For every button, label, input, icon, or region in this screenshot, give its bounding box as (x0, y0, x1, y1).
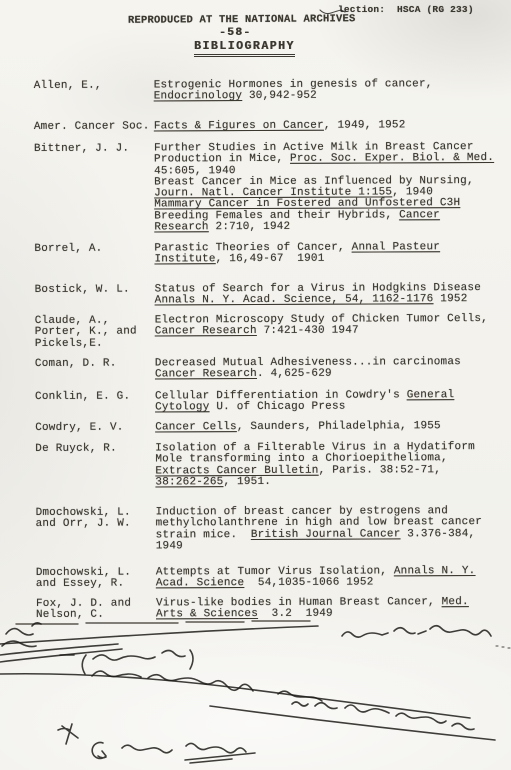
entry-author: Cowdry, E. V. (35, 422, 155, 434)
entry-author: Amer. Cancer Soc. (34, 121, 154, 133)
bibliography-entry: Dmochowski, L.and Orr, J. W.Induction of… (36, 506, 483, 553)
bibliography-entry: Bostick, W. L.Status of Search for a Vir… (35, 283, 482, 308)
citation-text: 3.2 1949 (258, 608, 333, 620)
citation-journal-underlined: British Journal Cancer (251, 528, 401, 541)
citation-text: , Saunders, Philadelphia, 1955 (237, 420, 441, 433)
entry-citation: Virus-like bodies in Human Breast Cancer… (156, 597, 469, 621)
citation-journal-underlined: Annal Pasteur (352, 241, 440, 253)
citation-journal-underlined: Institute (154, 253, 215, 265)
bibliography-entries: Allen, E.,Estrogenic Hormones in genesis… (0, 0, 511, 770)
citation-journal-underlined: Endocrinology (154, 90, 242, 102)
citation-journal-underlined: General (407, 389, 455, 401)
citation-text: . 4,625-629 (257, 368, 332, 380)
citation-text: 1952 (433, 293, 467, 305)
entry-citation: Status of Search for a Virus in Hodgkins… (155, 283, 482, 307)
bibliography-entry: Cowdry, E. V.Cancer Cells, Saunders, Phi… (35, 421, 441, 434)
entry-author: De Ruyck, R. (35, 443, 155, 489)
citation-text: , 16,49-67 1901 (216, 253, 325, 265)
entry-citation: Further Studies in Active Milk in Breast… (154, 142, 494, 234)
citation-journal-underlined: Research (154, 221, 208, 233)
citation-journal-underlined: Annals N. Y. Acad. Science, 54, 1162-117… (155, 294, 434, 307)
entry-citation: Cancer Cells, Saunders, Philadelphia, 19… (155, 421, 441, 434)
citation-journal-underlined: Cancer Research (155, 325, 257, 337)
citation-text: , 1949, 1952 (324, 119, 406, 131)
entry-citation: Induction of breast cancer by estrogens … (156, 506, 483, 553)
entry-citation: Cellular Differentiation in Cowdry's Gen… (155, 390, 454, 414)
citation-text: 2:710, 1942 (209, 221, 291, 233)
citation-journal-underlined: Annals N. Y. (394, 565, 476, 577)
entry-citation: Parastic Theories of Cancer, Annal Paste… (154, 242, 440, 266)
bibliography-entry: Conklin, E. G.Cellular Differentiation i… (35, 390, 454, 414)
citation-text: , 1951. (223, 476, 271, 488)
citation-journal-underlined: 38:262-265 (155, 476, 223, 488)
bibliography-entry: Bittner, J. J.Further Studies in Active … (34, 142, 494, 234)
citation-journal-underlined: Cancer Research (155, 368, 257, 380)
entry-citation: Electron Microscopy Study of Chicken Tum… (155, 314, 488, 349)
entry-author: Dmochowski, L.and Orr, J. W. (36, 507, 156, 553)
bibliography-entry: Borrel, A.Parastic Theories of Cancer, A… (34, 242, 440, 266)
entry-author: Allen, E., (34, 80, 154, 103)
entry-citation: Attempts at Tumor Virus Isolation, Annal… (156, 566, 476, 590)
citation-journal-underlined: Cancer (399, 209, 440, 221)
bibliography-entry: Allen, E.,Estrogenic Hormones in genesis… (34, 79, 433, 103)
bibliography-entry: De Ruyck, R.Isolation of a Filterable Vi… (35, 442, 475, 489)
citation-journal-underlined: Cytology (155, 401, 209, 413)
citation-text: , Paris. 38:52-71, (319, 464, 441, 477)
entry-author: Conklin, E. G. (35, 391, 155, 414)
entry-author: Borrel, A. (34, 243, 154, 266)
entry-author: Fox, J. D. andNelson, C. (36, 598, 156, 621)
bibliography-entry: Claude, A.,Porter, K., andPickels,E.Elec… (35, 314, 488, 350)
bibliography-entry: Amer. Cancer Soc.Facts & Figures on Canc… (34, 120, 406, 133)
citation-text: 1949 (156, 540, 183, 552)
entry-author: Bittner, J. J. (34, 143, 154, 234)
citation-journal-underlined: Med. (442, 596, 469, 608)
citation-journal-underlined: Proc. Soc. Exper. Biol. & Med. (290, 152, 494, 165)
citation-text: 54,1035-1066 1952 (244, 577, 373, 590)
entry-author: Dmochowski, L.and Essey, R. (36, 567, 156, 590)
scanned-document-page: lection: HSCA (RG 233) REPRODUCED AT THE… (0, 0, 511, 770)
entry-citation: Facts & Figures on Cancer, 1949, 1952 (154, 120, 406, 132)
bibliography-entry: Fox, J. D. andNelson, C.Virus-like bodie… (36, 597, 469, 621)
entry-author: Coman, D. R. (35, 358, 155, 381)
entry-author: Bostick, W. L. (35, 284, 155, 307)
citation-journal-underlined: Acad. Science (156, 577, 244, 589)
citation-text: 7:421-430 1947 (257, 325, 359, 337)
citation-text: 3.376-384, (400, 528, 475, 540)
entry-citation: Isolation of a Filterable Virus in a Hyd… (155, 442, 475, 489)
bibliography-entry: Coman, D. R.Decreased Mutual Adhesivenes… (35, 357, 461, 381)
citation-journal-underlined: Arts & Sciences (156, 608, 258, 620)
entry-citation: Decreased Mutual Adhesiveness...in carci… (155, 357, 461, 381)
citation-text: 30,942-952 (242, 90, 317, 102)
citation-text: U. of Chicago Press (209, 401, 345, 414)
entry-citation: Estrogenic Hormones in genesis of cancer… (154, 79, 433, 103)
entry-author: Claude, A.,Porter, K., andPickels,E. (35, 315, 155, 349)
bibliography-entry: Dmochowski, L.and Essey, R.Attempts at T… (36, 566, 476, 591)
citation-journal-underlined: Cancer Cells (155, 421, 237, 433)
citation-text: strain mice. (156, 529, 251, 541)
citation-journal-underlined: Facts & Figures on Cancer (154, 120, 324, 133)
